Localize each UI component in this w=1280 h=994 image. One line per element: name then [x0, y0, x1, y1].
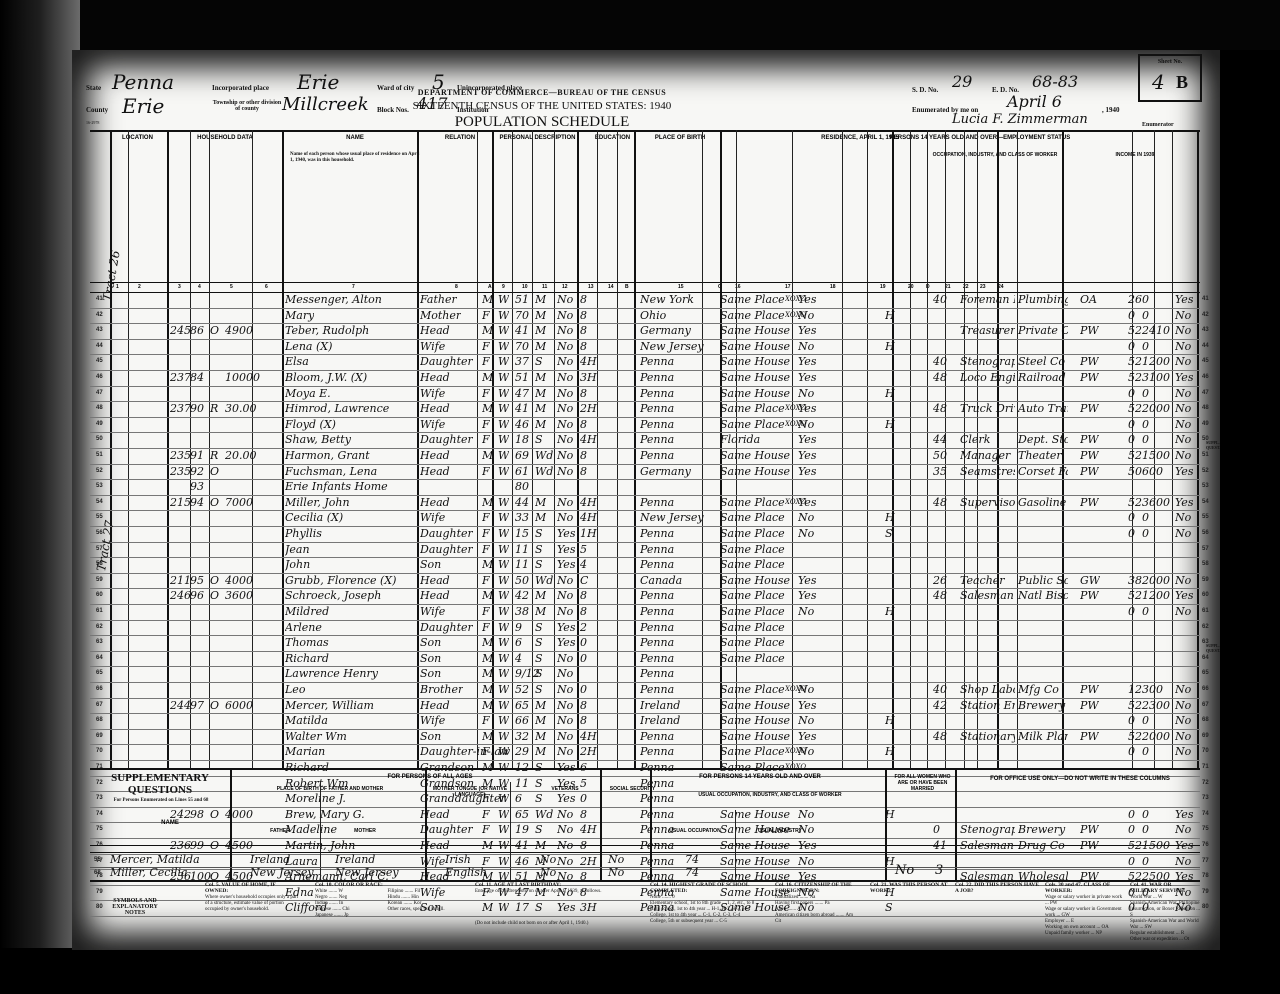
other-income: No — [1175, 573, 1191, 588]
occupation — [960, 666, 1015, 681]
visit-number: 97 — [190, 698, 204, 713]
residence-1935: Same Place — [720, 635, 785, 650]
school-attendance: No — [557, 354, 573, 369]
industry — [1018, 386, 1068, 401]
relation: Son — [420, 729, 441, 744]
colnum: 13 — [588, 284, 594, 290]
state-value: Penna — [112, 70, 174, 94]
race: W — [498, 495, 509, 510]
at-work: Yes — [798, 729, 816, 744]
table-row: 55Cecilia (X)WifeFW33MNo4HNew JerseySame… — [90, 510, 1200, 527]
marital-status: M — [535, 417, 546, 432]
supp-birthplace-parents: PLACE OF BIRTH OF FATHER AND MOTHER — [235, 786, 425, 792]
line-number-right: 43 — [1202, 327, 1209, 333]
residence-1935: Same Place — [720, 495, 785, 510]
hours-worked: 50 — [933, 448, 947, 463]
birthplace: Penna — [640, 744, 674, 759]
industry — [1018, 308, 1068, 323]
line-number-right: 66 — [1202, 686, 1209, 692]
sex: F — [482, 339, 490, 354]
age: 33 — [515, 510, 529, 525]
race: W — [498, 744, 509, 759]
person-name: Thomas — [285, 635, 329, 650]
line-number-right: 79 — [1202, 889, 1209, 895]
residence-1935: Same House — [720, 339, 790, 354]
hours-worked: 35 — [933, 464, 947, 479]
relation: Head — [420, 401, 450, 416]
grade: 0 — [580, 682, 587, 697]
occupation — [960, 604, 1015, 619]
other-income: Yes — [1175, 495, 1193, 510]
at-work: Yes — [798, 370, 816, 385]
worker-class: PW — [1080, 698, 1099, 713]
ed-value: 68-83 — [1032, 72, 1078, 91]
school-attendance: No — [557, 448, 573, 463]
school-attendance: Yes — [557, 526, 575, 541]
wages: 1500 — [1142, 448, 1170, 463]
relation: Wife — [420, 510, 445, 525]
grade: 8 — [580, 323, 587, 338]
line-number-right: 76 — [1202, 842, 1209, 848]
weeks-worked: 0 — [1128, 386, 1135, 401]
occupation: Salesman — [960, 588, 1015, 603]
census-title: SIXTEENTH CENSUS OF THE UNITED STATES: 1… — [352, 100, 732, 112]
weeks-worked: 52 — [1128, 495, 1142, 510]
marital-status: M — [535, 339, 546, 354]
weeks-worked: 0 — [1128, 526, 1135, 541]
industry: Plumbing Sub. — [1018, 292, 1068, 307]
marital-status: M — [535, 744, 546, 759]
line-number-right: 52 — [1202, 468, 1209, 474]
tenure: R — [210, 448, 218, 463]
table-row: 63ThomasSonMW6SYes0PennaSame Place63 — [90, 635, 1200, 652]
industry: Dept. Store — [1018, 432, 1068, 447]
residence-1935: Same Place — [720, 417, 785, 432]
line-number: 45 — [96, 358, 103, 364]
supp-office-use: FOR OFFICE USE ONLY—DO NOT WRITE IN THES… — [960, 776, 1200, 782]
school-attendance: No — [557, 682, 573, 697]
table-row: 4324586O4900Teber, RudolphHeadMW41MNo8Ge… — [90, 323, 1200, 340]
industry — [1018, 604, 1068, 619]
weeks-worked: 0 — [1128, 432, 1135, 447]
tenure: O — [210, 495, 219, 510]
at-work: Yes — [798, 354, 816, 369]
group-education: EDUCATION — [585, 135, 640, 141]
note-col41: Col. 41. WAR OR MILITARY SERVICE: World … — [1130, 882, 1200, 943]
other-income: Yes — [1175, 464, 1193, 479]
wages: 1200 — [1142, 354, 1170, 369]
residence-1935: Same Place — [720, 651, 785, 666]
industry: Public School — [1018, 573, 1068, 588]
weeks-worked: 52 — [1128, 698, 1142, 713]
table-row: 69Walter WmSonMW32MNo4HPennaSame HouseYe… — [90, 729, 1200, 746]
employment-status: H — [885, 744, 895, 759]
other-income: No — [1175, 526, 1191, 541]
at-work: Yes — [798, 432, 816, 447]
person-name: Messenger, Alton — [285, 292, 382, 307]
table-row: 42MaryMotherFW70MNo8OhioSame PlaceXOXONo… — [90, 308, 1200, 325]
colnum: 2 — [138, 284, 141, 290]
person-name: Fuchsman, Lena — [285, 464, 377, 479]
person-name: Walter Wm — [285, 729, 347, 744]
wages: 3600 — [1142, 495, 1170, 510]
occupation — [960, 510, 1015, 525]
grade: 8 — [580, 386, 587, 401]
employment-status: H — [885, 386, 895, 401]
marital-status: M — [535, 292, 546, 307]
other-income: No — [1175, 386, 1191, 401]
grade: 4H — [580, 729, 597, 744]
colnum: 17 — [785, 284, 791, 290]
hours-worked: 48 — [933, 401, 947, 416]
other-income: No — [1175, 308, 1191, 323]
note-col10-title: Col. 10. COLOR OR RACE: — [315, 882, 455, 888]
line-number-right: 62 — [1202, 624, 1209, 630]
age: 66 — [515, 713, 529, 728]
marital-status: S — [535, 432, 543, 447]
industry — [1018, 526, 1068, 541]
supp-mother-tongue: MOTHER TONGUE (OR NATIVE LANGUAGE) — [430, 786, 510, 798]
colnum: 7 — [352, 284, 355, 290]
supp-veteran: No — [540, 866, 556, 879]
occupation — [960, 635, 1015, 650]
race-code: Japanese ....... Jp — [315, 913, 383, 919]
age: 51 — [515, 292, 529, 307]
birthplace: Penna — [640, 651, 674, 666]
note-col21: Col. 21. WAS THIS PERSON AT WORK? — [870, 882, 950, 895]
house-number: 245 — [170, 323, 191, 338]
birthplace: Germany — [640, 323, 691, 338]
worker-class: PW — [1080, 464, 1099, 479]
weeks-worked: 52 — [1128, 729, 1142, 744]
sex: F — [482, 744, 490, 759]
column-headers: LOCATION HOUSEHOLD DATA NAME RELATION PE… — [90, 130, 1200, 293]
note-col16: Col. 16. CITIZENSHIP OF THE FOREIGN BORN… — [775, 882, 860, 925]
age: 6 — [515, 635, 522, 650]
race: W — [498, 588, 509, 603]
occupation: Seamstress — [960, 464, 1015, 479]
tenure: O — [210, 588, 219, 603]
house-number: 244 — [170, 698, 191, 713]
table-row: 5393Erie Infants Home8053 — [90, 479, 1200, 496]
relation: Son — [420, 635, 441, 650]
residence-1935: Same Place — [720, 682, 785, 697]
age: 61 — [515, 464, 529, 479]
hours-worked: 40 — [933, 292, 947, 307]
age: 47 — [515, 386, 529, 401]
supp-col-mother: MOTHER — [325, 828, 405, 834]
table-row: 44Lena (X)WifeFW70MNo8New JerseySame Hou… — [90, 339, 1200, 356]
residence-1935: Same House — [720, 370, 790, 385]
group-income: INCOME IN 1939 — [1110, 152, 1160, 158]
race: W — [498, 557, 509, 572]
table-row: 47Moya E.WifeFW47MNo8PennaSame HouseNoH0… — [90, 386, 1200, 403]
residence-1935: Same Place — [720, 604, 785, 619]
line-number: 55 — [94, 857, 101, 863]
grade: 8 — [580, 713, 587, 728]
race: W — [498, 698, 509, 713]
supp-usual-occ: 74 — [685, 853, 699, 866]
note-col11: Col. 11. AGE AT LAST BIRTHDAY: Enter age… — [475, 882, 645, 927]
school-attendance: No — [557, 417, 573, 432]
line-number-right: 67 — [1202, 702, 1209, 708]
school-attendance: No — [557, 666, 573, 681]
line-number-right: 53 — [1202, 483, 1209, 489]
school-attendance: No — [557, 604, 573, 619]
race: W — [498, 308, 509, 323]
sex: M — [482, 495, 493, 510]
table-row: 58JohnSonMW11SYes4PennaSame Place58 — [90, 557, 1200, 574]
military-code: Spanish-American War, Philippine Insurre… — [1130, 901, 1200, 919]
residence-1935: Same Place — [720, 292, 785, 307]
at-work: No — [798, 339, 814, 354]
colnum: 12 — [562, 284, 568, 290]
line-number-right: 72 — [1202, 780, 1209, 786]
age: 70 — [515, 339, 529, 354]
group-personal: PERSONAL DESCRIPTION — [495, 135, 580, 141]
wages: 0 — [1142, 386, 1149, 401]
industry: Brewery — [1018, 698, 1068, 713]
residence-1935: Same Place — [720, 510, 785, 525]
race: W — [498, 354, 509, 369]
table-row: 62ArleneDaughterFW9SYes2PennaSame Place6… — [90, 620, 1200, 637]
supp-all-ages: FOR PERSONS OF ALL AGES — [230, 774, 630, 780]
supp-mother: Ireland — [335, 853, 375, 866]
residence-1935: Same Place — [720, 557, 785, 572]
weeks-worked: 0 — [1128, 713, 1135, 728]
note-col30-title: Cols. 30 and 47. CLASS OF WORKER: — [1045, 882, 1125, 894]
table-row: 6724497O6000Mercer, WilliamHeadMW65MNo8I… — [90, 698, 1200, 715]
grade: 8 — [580, 339, 587, 354]
occupation: Supervisor — [960, 495, 1015, 510]
line-number-right: 65 — [1202, 670, 1209, 676]
other-income: No — [1175, 604, 1191, 619]
explanatory-notes: SYMBOLS AND EXPLANATORY NOTES Col. 5. VA… — [90, 880, 1200, 945]
hours-worked: 44 — [933, 432, 947, 447]
occupation: Station Engineer — [960, 698, 1015, 713]
person-name: Mary — [285, 308, 314, 323]
person-name: Leo — [285, 682, 305, 697]
relation: Head — [420, 323, 450, 338]
birthplace: Germany — [640, 464, 691, 479]
age: 4 — [515, 651, 522, 666]
supp-children: 3 — [935, 863, 943, 878]
sex: M — [482, 635, 493, 650]
at-work: Yes — [798, 448, 816, 463]
house-number: 237 — [170, 370, 191, 385]
wages: 0 — [1142, 744, 1149, 759]
marital-status: Wd — [535, 464, 553, 479]
residence-1935: Same House — [720, 323, 790, 338]
sex: F — [482, 386, 490, 401]
table-row: 5921195O4000Grubb, Florence (X)HeadFW50W… — [90, 573, 1200, 590]
at-work: No — [798, 713, 814, 728]
age: 15 — [515, 526, 529, 541]
house-number: 235 — [170, 464, 191, 479]
school-attendance: No — [557, 432, 573, 447]
age: 70 — [515, 308, 529, 323]
sex: M — [482, 370, 493, 385]
occupation: Clerk — [960, 432, 1015, 447]
residence-1935: Same House — [720, 729, 790, 744]
grade: 8 — [580, 308, 587, 323]
supp-father: New Jersey — [250, 866, 314, 879]
other-income: No — [1175, 744, 1191, 759]
other-income: No — [1175, 729, 1191, 744]
worker-class: PW — [1080, 495, 1099, 510]
occupation: Teacher — [960, 573, 1015, 588]
line-number-right: 75 — [1202, 826, 1209, 832]
table-row: 4823790R30.00Himrod, LawrenceHeadMW41MNo… — [90, 401, 1200, 418]
race: W — [498, 510, 509, 525]
age: 37 — [515, 354, 529, 369]
race: W — [498, 339, 509, 354]
line-number-right: 42 — [1202, 312, 1209, 318]
wages: 0 — [1142, 417, 1149, 432]
residence-1935: Same Place — [720, 744, 785, 759]
supp-ss: No — [608, 853, 624, 866]
school-attendance: Yes — [557, 557, 575, 572]
other-income: No — [1175, 432, 1191, 447]
wages: 2000 — [1142, 729, 1170, 744]
school-attendance: No — [557, 698, 573, 713]
school-attendance: Yes — [557, 620, 575, 635]
suppl-marker-55: SUPPL. QUEST. — [1206, 440, 1220, 450]
marital-status: M — [535, 713, 546, 728]
occupation: Shop Laborer — [960, 682, 1015, 697]
house-number: 215 — [170, 495, 191, 510]
race: W — [498, 620, 509, 635]
group-occupation: OCCUPATION, INDUSTRY, AND CLASS OF WORKE… — [920, 152, 1070, 158]
relation: Son — [420, 557, 441, 572]
employment-status: H — [885, 510, 895, 525]
table-row: 70MarianDaughter-in-lawFW29MNo2HPennaSam… — [90, 744, 1200, 761]
table-row: 5123591R20.00Harmon, GrantHeadMW69WdNo8P… — [90, 448, 1200, 465]
school-attendance: No — [557, 464, 573, 479]
visit-number: 86 — [190, 323, 204, 338]
industry — [1018, 744, 1068, 759]
birthplace: New York — [640, 292, 694, 307]
school-attendance: No — [557, 651, 573, 666]
note-col14-title: Col. 14. HIGHEST GRADE OF SCHOOL COMPLET… — [650, 882, 765, 894]
marital-status: M — [535, 729, 546, 744]
relation: Daughter — [420, 354, 473, 369]
line-number: 43 — [96, 327, 103, 333]
note-col22: Col. 22. DID THIS PERSON HAVE A JOB? — [955, 882, 1040, 895]
industry: Steel Co — [1018, 354, 1068, 369]
residence-1935: Same House — [720, 448, 790, 463]
relation: Daughter — [420, 526, 473, 541]
scan-border-bottom — [0, 948, 1280, 994]
state-label: State — [86, 84, 101, 92]
occupation: Stationary Engineer — [960, 729, 1015, 744]
line-number: 54 — [96, 499, 103, 505]
sex: M — [482, 682, 493, 697]
marital-status: S — [535, 526, 543, 541]
at-work: No — [798, 417, 814, 432]
worker-class: PW — [1080, 588, 1099, 603]
supp-title: SUPPLEMENTARY QUESTIONS — [100, 772, 220, 796]
colnum: 23 — [980, 284, 986, 290]
military-code: Other war or expedition ... Ot — [1130, 937, 1200, 943]
supp-mother: New Jersey — [335, 866, 399, 879]
line-number-right: 71 — [1202, 764, 1209, 770]
supplementary-section: SUPPLEMENTARY QUESTIONS For Persons Enum… — [90, 768, 1200, 882]
wages: 2410 — [1142, 323, 1170, 338]
at-work: No — [798, 308, 814, 323]
race: W — [498, 542, 509, 557]
birthplace: Penna — [640, 557, 674, 572]
home-value: 10000 — [225, 370, 260, 385]
line-number: 69 — [96, 733, 103, 739]
occupation: Treasurer — [960, 323, 1015, 338]
tenure: O — [210, 698, 219, 713]
relation: Wife — [420, 604, 445, 619]
military-code: Spanish-American War and World War ... S… — [1130, 919, 1200, 931]
industry: Mfg Co — [1018, 682, 1068, 697]
line-number-right: 58 — [1202, 561, 1209, 567]
form-number: 16-2978 — [86, 120, 99, 125]
occupation: Foreman Man — [960, 292, 1015, 307]
line-number-right: 73 — [1202, 795, 1209, 801]
marital-status: S — [535, 557, 543, 572]
relation: Head — [420, 588, 450, 603]
tenure: R — [210, 401, 218, 416]
person-name: Erie Infants Home — [285, 479, 388, 494]
worker-class: GW — [1080, 573, 1100, 588]
grade: 2H — [580, 401, 597, 416]
relation: Daughter-in-law — [420, 744, 510, 759]
colnum: 6 — [265, 284, 268, 290]
race: W — [498, 526, 509, 541]
employment-status: H — [885, 308, 895, 323]
visit-number: 92 — [190, 464, 204, 479]
occupation: Truck Driver — [960, 401, 1015, 416]
relation: Head — [420, 448, 450, 463]
race: W — [498, 651, 509, 666]
wages: 1200 — [1142, 588, 1170, 603]
line-number: 53 — [96, 483, 103, 489]
other-income: No — [1175, 713, 1191, 728]
relation: Daughter — [420, 620, 473, 635]
person-name: Matilda — [285, 713, 328, 728]
tenure: O — [210, 323, 219, 338]
line-number-right: 78 — [1202, 873, 1209, 879]
race: W — [498, 448, 509, 463]
at-work: Yes — [798, 698, 816, 713]
weeks-worked: 12 — [1128, 682, 1142, 697]
person-name: Mildred — [285, 604, 329, 619]
residence-1935: Florida — [720, 432, 760, 447]
other-income: No — [1175, 448, 1191, 463]
school-attendance: No — [557, 308, 573, 323]
occupation — [960, 526, 1015, 541]
residence-1935: Same House — [720, 698, 790, 713]
supp-col-usual-occ: USUAL OCCUPATION — [655, 828, 735, 834]
marital-status: S — [535, 682, 543, 697]
table-row: 5223592OFuchsman, LenaHeadFW61WdNo8Germa… — [90, 464, 1200, 481]
wages: 2000 — [1142, 573, 1170, 588]
birthplace: Ohio — [640, 308, 666, 323]
marital-status: M — [535, 510, 546, 525]
age: 65 — [515, 698, 529, 713]
relation: Son — [420, 651, 441, 666]
grade: 4H — [580, 510, 597, 525]
sex: F — [482, 308, 490, 323]
note-col11-text: Enter age of children born on or after A… — [475, 889, 645, 895]
weeks-worked: 52 — [1128, 354, 1142, 369]
county-value: Erie — [122, 94, 164, 118]
